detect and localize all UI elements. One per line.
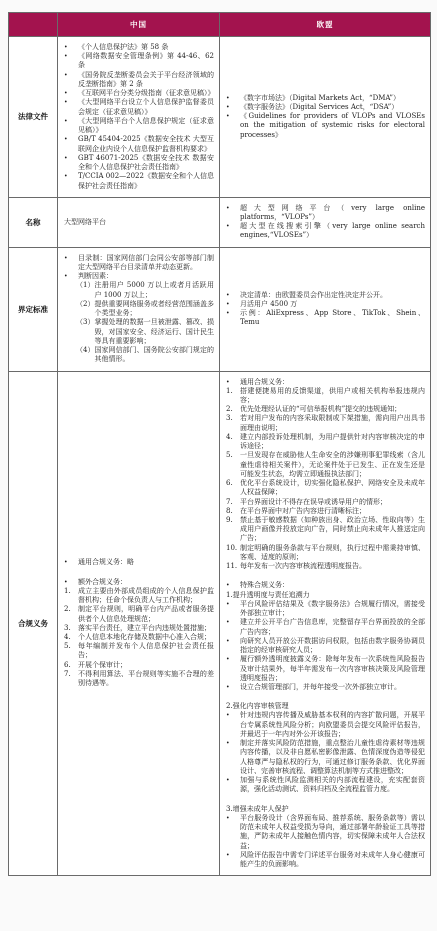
list-number: 3.: [64, 624, 78, 633]
item-text: 一旦发现存在威胁他人生命安全的涉嫌刑事犯罪线索（含儿童性虐待相关案件），无论案件…: [240, 451, 425, 479]
list-number: 3.: [226, 414, 240, 423]
cell-item-sub: （1）注册用户 5000 万以上或者月活跃用户 1000 万以上；: [64, 281, 214, 299]
bullet-marker: •: [226, 291, 240, 300]
item-text: 设立合规管理部门，并每年接受一次外部独立审计。: [240, 683, 425, 692]
list-number: 6.: [64, 661, 78, 670]
table-header-row: 中国 欧盟: [9, 13, 431, 37]
bullet-marker: •: [64, 272, 78, 281]
cell-item-num: 5.每年编制并发布个人信息保护社会责任报告；: [64, 642, 214, 660]
item-text: 超大型在线搜索引擎（very large online search engin…: [240, 222, 425, 240]
table-body: 法律文件•《个人信息保护法》第 58 条•《网络数据安全管理条例》第 44-46…: [9, 37, 431, 876]
bullet-marker: •: [226, 776, 240, 785]
bullet-marker: •: [226, 600, 240, 609]
item-text: 每年编制并发布个人信息保护社会责任报告；: [78, 642, 214, 660]
comparison-table: 中国 欧盟 法律文件•《个人信息保护法》第 58 条•《网络数据安全管理条例》第…: [8, 12, 431, 876]
bullet-marker: •: [64, 117, 78, 126]
row-label: 法律文件: [9, 37, 58, 198]
cell-item-bullet: •加强与系统性风险监测相关的内部流程建设，充实配套资源，强化活动测试、资料归档及…: [226, 776, 425, 794]
item-text: 《数字市场法》（Digital Markets Act，“DMA”）: [240, 94, 425, 103]
item-text: 在平台界面中对广告内容进行清晰标注；: [240, 507, 425, 516]
list-number: 5.: [226, 451, 240, 460]
row-label: 合规义务: [9, 371, 58, 876]
cell-item-bullet: •建立并公开平台广告信息库，完整留存平台界面投放的全部广告内容；: [226, 618, 425, 636]
cell-item-num: 7.平台界面设计不得存在误导或诱导用户的情形；: [226, 498, 425, 507]
header-empty-cell: [9, 13, 58, 37]
cell-item-num: 4.建立内部投诉处理机制，为用户提供针对内容审核决定的申诉途径；: [226, 433, 425, 451]
item-text: 《网络数据安全管理条例》第 44-46、62 条: [78, 52, 214, 70]
china-cell: •《个人信息保护法》第 58 条•《网络数据安全管理条例》第 44-46、62 …: [58, 37, 220, 198]
item-text: 3.增强未成年人保护: [226, 805, 425, 814]
bullet-marker: •: [226, 378, 240, 387]
cell-item-bullet: •向研究人员开放公开数据访问权限，包括由数字服务协调员指定的经审核研究人员；: [226, 637, 425, 655]
china-cell: •目录制：国家网信部门会同公安部等部门制定大型网络平台目录清单并动态更新。•判断…: [58, 247, 220, 371]
cell-item-num: 7.不得利用算法、平台规则等实施不合理的差别待遇等。: [64, 670, 214, 688]
item-text: 《国务院反垄断委员会关于平台经济领域的反垄断指南》第 2 条: [78, 71, 214, 89]
list-number: 1.: [64, 587, 78, 596]
cell-item-head: 3.增强未成年人保护: [226, 805, 425, 814]
bullet-marker: •: [64, 558, 78, 567]
item-text: 示例：AliExpress、App Store、TikTok、Shein、Tem…: [240, 309, 425, 327]
item-text: 月活用户 4500 万: [240, 300, 425, 309]
bullet-marker: •: [226, 204, 240, 213]
cell-item-num: 1.成立主要由外部成员组成的个人信息保护监督机构；任命个保负责人与工作机构；: [64, 587, 214, 605]
item-text: 落实平台责任，建立平台内违规处置措施；: [78, 624, 214, 633]
cell-item-bullet: •超大型在线搜索引擎（very large online search engi…: [226, 222, 425, 240]
item-text: 掌握处理的数据一旦被泄露、篡改、损毁，对国家安全、经济运行、国计民生等具有重要影…: [94, 318, 214, 346]
cell-item-bullet: •目录制：国家网信部门会同公安部等部门制定大型网络平台目录清单并动态更新。: [64, 254, 214, 272]
cell-item-bullet: •平台风险评估结果及《数字服务法》合规履行情况，需接受外部独立审计；: [226, 600, 425, 618]
spacer: [226, 571, 425, 581]
item-text: 开展个保审计；: [78, 661, 214, 670]
list-number: 4.: [226, 433, 240, 442]
cell-item-num: 6.开展个保审计；: [64, 661, 214, 670]
row-label: 名称: [9, 197, 58, 247]
item-text: 制定平台规则，明确平台内产品或者服务提供者个人信息处理规范；: [78, 605, 214, 623]
cell-item-num: 11.每年发布一次内容审核流程透明度报告。: [226, 562, 425, 571]
cell-item-sub: （2）提供重要网络服务或者经营范围涵盖多个类型业务；: [64, 300, 214, 318]
item-text: 《Guidelines for providers of VLOPs and V…: [240, 112, 425, 140]
cell-item-num: 10.制定明确的服务条款与平台规则，执行过程中需秉持审慎、客观、适度的原则；: [226, 544, 425, 562]
list-number: 9.: [226, 516, 240, 525]
bullet-marker: •: [64, 254, 78, 263]
bullet-marker: •: [226, 814, 240, 823]
item-text: 个人信息本地化存储及数据中心准入合规；: [78, 633, 214, 642]
bullet-marker: •: [226, 309, 240, 318]
cell-item-bullet: •《大型网络平台设立个人信息保护监督委员会规定（征求意见稿）》: [64, 98, 214, 116]
list-number: 5.: [64, 642, 78, 651]
cell-item-bullet: •超大型网络平台（very large online platforms，“VL…: [226, 204, 425, 222]
header-eu: 欧盟: [220, 13, 431, 37]
bullet-marker: •: [64, 43, 78, 52]
cell-item-sub: （3）掌握处理的数据一旦被泄露、篡改、损毁，对国家安全、经济运行、国计民生等具有…: [64, 318, 214, 346]
item-text: 国家网信部门、国务院公安部门规定的其他情形。: [94, 346, 214, 364]
cell-item-num: 8.在平台界面中对广告内容进行清晰标注；: [226, 507, 425, 516]
list-number: （4）: [76, 346, 94, 355]
bullet-marker: •: [226, 222, 240, 231]
item-text: 针对违规内容传播及威胁基本权利的内容扩散问题，开展平台专属系统性风险分析；向欧盟…: [240, 711, 425, 739]
item-text: 注册用户 5000 万以上或者月活跃用户 1000 万以上；: [94, 281, 214, 299]
cell-item-sub: （4）国家网信部门、国务院公安部门规定的其他情形。: [64, 346, 214, 364]
list-number: 2.: [64, 605, 78, 614]
item-text: GBT 46071-2025《数据安全技术 数据安全和个人信息保护社会责任指南》: [78, 154, 214, 172]
table-row: 名称大型网络平台•超大型网络平台（very large online platf…: [9, 197, 431, 247]
item-text: 通用合规义务：: [240, 378, 425, 387]
item-text: 超大型网络平台（very large online platforms，“VLO…: [240, 204, 425, 222]
cell-item-num: 4.个人信息本地化存储及数据中心准入合规；: [64, 633, 214, 642]
item-text: 建立内部投诉处理机制，为用户提供针对内容审核决定的申诉途径；: [240, 433, 425, 451]
bullet-marker: •: [64, 172, 78, 181]
item-text: 大型网络平台: [64, 218, 214, 227]
item-text: 提供重要网络服务或者经营范围涵盖多个类型业务；: [94, 300, 214, 318]
bullet-marker: •: [226, 655, 240, 664]
item-text: 履行额外透明度披露义务：除每年发布一次系统性风险报告及审计结果外，每半年需发布一…: [240, 655, 425, 683]
cell-item-bullet: •《网络数据安全管理条例》第 44-46、62 条: [64, 52, 214, 70]
bullet-marker: •: [226, 103, 240, 112]
cell-item-bullet: •《Guidelines for providers of VLOPs and …: [226, 112, 425, 140]
cell-item-bullet: •GB/T 45404-2025《数据安全技术 大型互联网企业内设个人信息保护监…: [64, 135, 214, 153]
item-text: 《大型网络平台设立个人信息保护监督委员会规定（征求意见稿）》: [78, 98, 214, 116]
cell-item-num: 5.一旦发现存在威胁他人生命安全的涉嫌刑事犯罪线索（含儿童性虐待相关案件），无论…: [226, 451, 425, 479]
item-text: 特殊合规义务：: [240, 581, 425, 590]
cell-item-bullet: •GBT 46071-2025《数据安全技术 数据安全和个人信息保护社会责任指南…: [64, 154, 214, 172]
list-number: 4.: [64, 633, 78, 642]
item-text: 额外合规义务：: [78, 578, 214, 587]
cell-item-num: 3.若对用户发布的内容采取限制或下架措施，需向用户出具书面理由说明；: [226, 414, 425, 432]
spacer: [226, 795, 425, 805]
item-text: GB/T 45404-2025《数据安全技术 大型互联网企业内设个人信息保护监督…: [78, 135, 214, 153]
item-text: 禁止基于敏感数据（如种族出身、政治立场、性取向等）生成用户画像并投放定向广告，同…: [240, 516, 425, 544]
bullet-marker: •: [64, 71, 78, 80]
cell-item-bullet: •《国务院反垄断委员会关于平台经济领域的反垄断指南》第 2 条: [64, 71, 214, 89]
table-row: 合规义务•通用合规义务：略•额外合规义务：1.成立主要由外部成员组成的个人信息保…: [9, 371, 431, 876]
bullet-marker: •: [64, 578, 78, 587]
list-number: 8.: [226, 507, 240, 516]
cell-item-bullet: •设立合规管理部门，并每年接受一次外部独立审计。: [226, 683, 425, 692]
cell-item-bullet: •制定并落实风险防范措施，重点整治儿童性虐待素材等违规内容传播，以及非自愿私密影…: [226, 739, 425, 776]
bullet-marker: •: [64, 98, 78, 107]
item-text: 《大型网络平台个人信息保护规定（征求意见稿）》: [78, 117, 214, 135]
item-text: 搭建便捷易用的反馈渠道，供用户或相关机构举报违规内容；: [240, 387, 425, 405]
eu-cell: •通用合规义务：1.搭建便捷易用的反馈渠道，供用户或相关机构举报违规内容；2.优…: [220, 371, 431, 876]
item-text: 平台界面设计不得存在误导或诱导用户的情形；: [240, 498, 425, 507]
bullet-marker: •: [226, 94, 240, 103]
china-cell: 大型网络平台: [58, 197, 220, 247]
cell-item-bullet: •通用合规义务：略: [64, 558, 214, 567]
bullet-marker: •: [226, 300, 240, 309]
bullet-marker: •: [226, 618, 240, 627]
eu-cell: •《数字市场法》（Digital Markets Act，“DMA”）•《数字服…: [220, 37, 431, 198]
table-row: 法律文件•《个人信息保护法》第 58 条•《网络数据安全管理条例》第 44-46…: [9, 37, 431, 198]
bullet-marker: •: [226, 711, 240, 720]
item-text: 优化平台系统设计，切实强化隐私保护、网络安全及未成年人权益保障；: [240, 479, 425, 497]
cell-item-bullet: •《数字服务法》（Digital Services Act，“DSA”）: [226, 103, 425, 112]
item-text: 目录制：国家网信部门会同公安部等部门制定大型网络平台目录清单并动态更新。: [78, 254, 214, 272]
cell-item-num: 9.禁止基于敏感数据（如种族出身、政治立场、性取向等）生成用户画像并投放定向广告…: [226, 516, 425, 544]
cell-item-bullet: •判断因素：: [64, 272, 214, 281]
row-label: 界定标准: [9, 247, 58, 371]
item-text: 平台风险评估结果及《数字服务法》合规履行情况，需接受外部独立审计；: [240, 600, 425, 618]
bullet-marker: •: [226, 112, 240, 121]
item-text: 通用合规义务：略: [78, 558, 214, 567]
item-text: 向研究人员开放公开数据访问权限，包括由数字服务协调员指定的经审核研究人员；: [240, 637, 425, 655]
item-text: 平台服务设计（含界面布局、推荐系统、服务条款等）需以防范未成年人权益受损为导向，…: [240, 814, 425, 851]
item-text: 成立主要由外部成员组成的个人信息保护监督机构；任命个保负责人与工作机构；: [78, 587, 214, 605]
item-text: 制定明确的服务条款与平台规则，执行过程中需秉持审慎、客观、适度的原则；: [240, 544, 425, 562]
cell-item-bullet: •决定清单：由欧盟委员会作出定性决定并公开。: [226, 291, 425, 300]
cell-item-bullet: •平台服务设计（含界面布局、推荐系统、服务条款等）需以防范未成年人权益受损为导向…: [226, 814, 425, 851]
cell-item-bullet: •针对违规内容传播及威胁基本权利的内容扩散问题，开展平台专属系统性风险分析；向欧…: [226, 711, 425, 739]
cell-item-bullet: •《个人信息保护法》第 58 条: [64, 43, 214, 52]
cell-item-bullet: •《大型网络平台个人信息保护规定（征求意见稿）》: [64, 117, 214, 135]
cell-item-num: 2.制定平台规则，明确平台内产品或者服务提供者个人信息处理规范；: [64, 605, 214, 623]
list-number: （3）: [76, 318, 94, 327]
list-number: （1）: [76, 281, 94, 290]
item-text: 决定清单：由欧盟委员会作出定性决定并公开。: [240, 291, 425, 300]
cell-item-bullet: •T/CCIA 002—2022《数据安全和个人信息保护社会责任指南》: [64, 172, 214, 190]
cell-item-bullet: •月活用户 4500 万: [226, 300, 425, 309]
eu-cell: •决定清单：由欧盟委员会作出定性决定并公开。•月活用户 4500 万•示例：Al…: [220, 247, 431, 371]
list-number: 2.: [226, 405, 240, 414]
item-text: 若对用户发布的内容采取限制或下架措施，需向用户出具书面理由说明；: [240, 414, 425, 432]
cell-item-bullet: •履行额外透明度披露义务：除每年发布一次系统性风险报告及审计结果外，每半年需发布…: [226, 655, 425, 683]
page: 中国 欧盟 法律文件•《个人信息保护法》第 58 条•《网络数据安全管理条例》第…: [0, 0, 437, 876]
cell-item-text: 大型网络平台: [64, 218, 214, 227]
spacer: [64, 568, 214, 578]
item-text: 建立并公开平台广告信息库，完整留存平台界面投放的全部广告内容；: [240, 618, 425, 636]
item-text: 《数字服务法》（Digital Services Act，“DSA”）: [240, 103, 425, 112]
cell-item-num: 1.搭建便捷易用的反馈渠道，供用户或相关机构举报违规内容；: [226, 387, 425, 405]
item-text: 制定并落实风险防范措施，重点整治儿童性虐待素材等违规内容传播，以及非自愿私密影像…: [240, 739, 425, 776]
cell-item-head: 1.提升透明度与责任追溯力: [226, 591, 425, 600]
china-cell: •通用合规义务：略•额外合规义务：1.成立主要由外部成员组成的个人信息保护监督机…: [58, 371, 220, 876]
bullet-marker: •: [64, 89, 78, 98]
cell-item-num: 6.优化平台系统设计，切实强化隐私保护、网络安全及未成年人权益保障；: [226, 479, 425, 497]
cell-item-bullet: •《数字市场法》（Digital Markets Act，“DMA”）: [226, 94, 425, 103]
item-text: 不得利用算法、平台规则等实施不合理的差别待遇等。: [78, 670, 214, 688]
bullet-marker: •: [226, 637, 240, 646]
list-number: 7.: [226, 498, 240, 507]
bullet-marker: •: [226, 739, 240, 748]
cell-item-num: 3.落实平台责任，建立平台内违规处置措施；: [64, 624, 214, 633]
bullet-marker: •: [226, 581, 240, 590]
list-number: 11.: [226, 562, 240, 571]
list-number: （2）: [76, 300, 94, 309]
bullet-marker: •: [64, 154, 78, 163]
cell-item-bullet: •特殊合规义务：: [226, 581, 425, 590]
item-text: 《个人信息保护法》第 58 条: [78, 43, 214, 52]
cell-item-bullet: •示例：AliExpress、App Store、TikTok、Shein、Te…: [226, 309, 425, 327]
item-text: 每年发布一次内容审核流程透明度报告。: [240, 562, 425, 571]
list-number: 6.: [226, 479, 240, 488]
spacer: [226, 692, 425, 702]
bullet-marker: •: [226, 683, 240, 692]
header-china: 中国: [58, 13, 220, 37]
cell-item-bullet: •风险评估报告中需专门详述平台服务对未成年人身心健康可能产生的负面影响。: [226, 851, 425, 869]
bullet-marker: •: [226, 851, 240, 860]
cell-item-bullet: •额外合规义务：: [64, 578, 214, 587]
list-number: 1.: [226, 387, 240, 396]
item-text: T/CCIA 002—2022《数据安全和个人信息保护社会责任指南》: [78, 172, 214, 190]
eu-cell: •超大型网络平台（very large online platforms，“VL…: [220, 197, 431, 247]
table-row: 界定标准•目录制：国家网信部门会同公安部等部门制定大型网络平台目录清单并动态更新…: [9, 247, 431, 371]
list-number: 7.: [64, 670, 78, 679]
bullet-marker: •: [64, 135, 78, 144]
bullet-marker: •: [64, 52, 78, 61]
item-text: 风险评估报告中需专门详述平台服务对未成年人身心健康可能产生的负面影响。: [240, 851, 425, 869]
item-text: 加强与系统性风险监测相关的内部流程建设，充实配套资源，强化活动测试、资料归档及全…: [240, 776, 425, 794]
item-text: 1.提升透明度与责任追溯力: [226, 591, 425, 600]
cell-item-bullet: •通用合规义务：: [226, 378, 425, 387]
item-text: 判断因素：: [78, 272, 214, 281]
list-number: 10.: [226, 544, 240, 553]
